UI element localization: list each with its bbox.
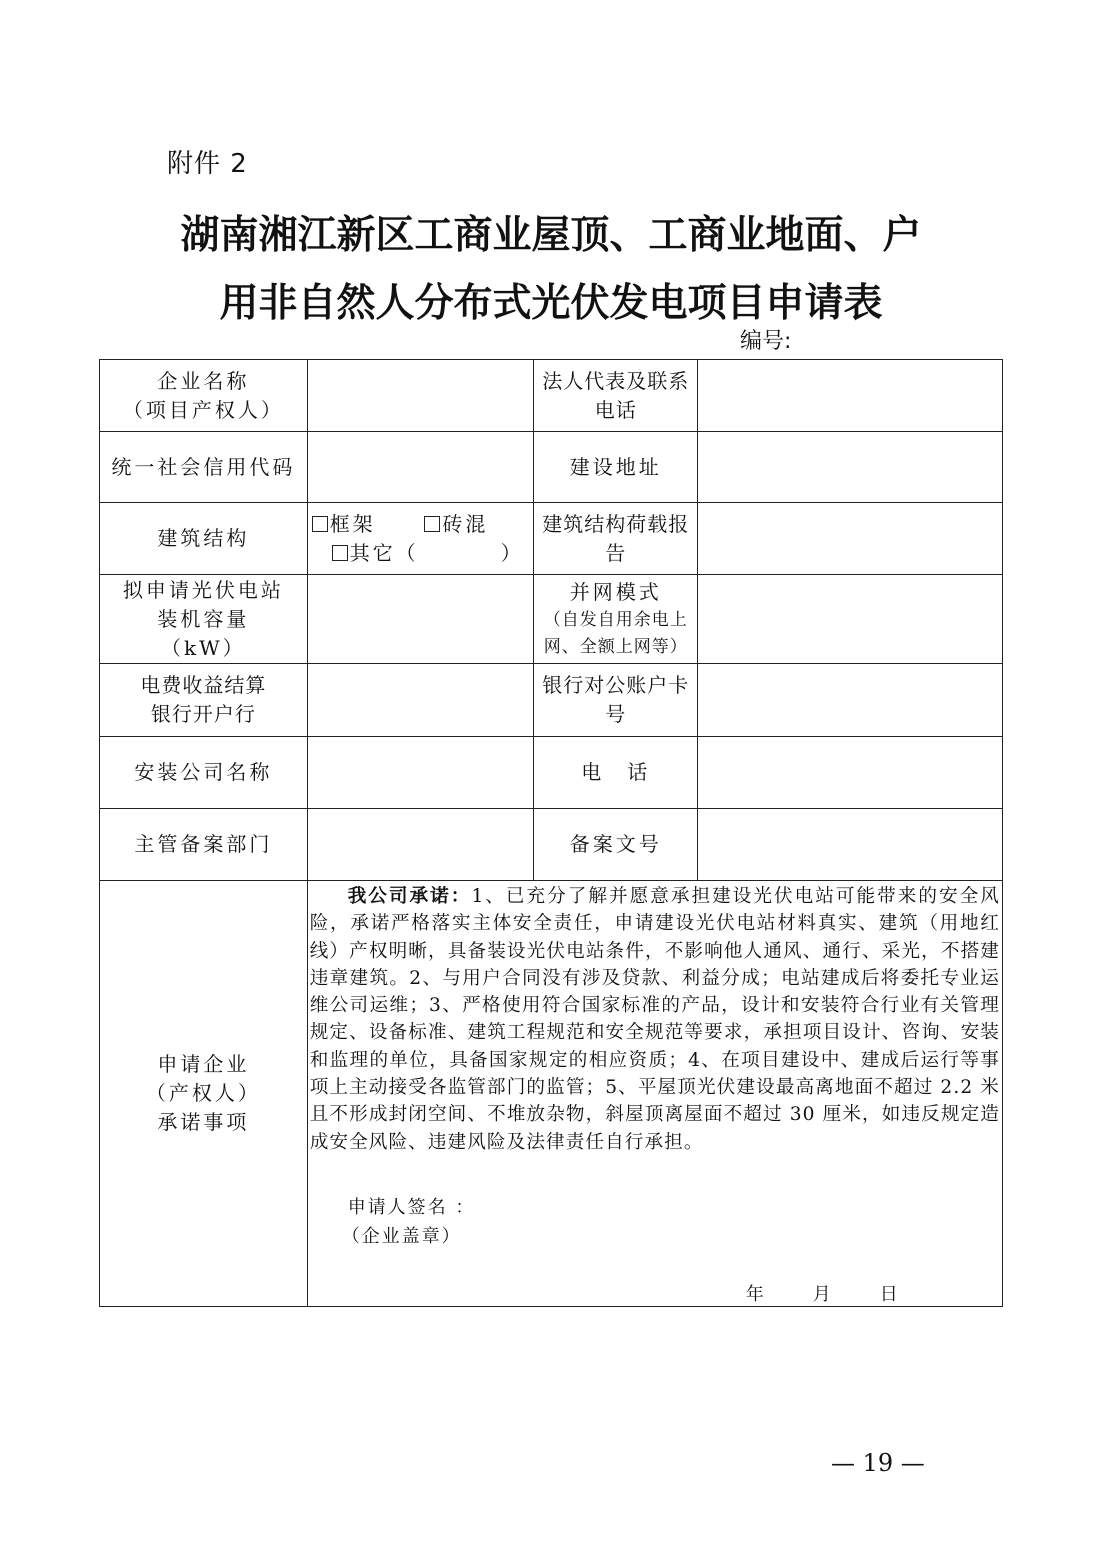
bank-account-label: 银行对公账户卡 号 [534, 664, 698, 737]
option-frame-label: 框架 [330, 512, 376, 536]
company-name-field[interactable] [307, 360, 534, 432]
date-month: 月 [813, 1280, 834, 1309]
form-row-installer: 安装公司名称 电 话 [100, 737, 1003, 809]
pledge-text: 我公司承诺：1、已充分了解并愿意承担建设光伏电站可能带来的安全风险，承诺严格落实… [308, 881, 1002, 1156]
construction-address-field[interactable] [697, 432, 1002, 503]
signature-label: 申请人签名 ： [348, 1193, 476, 1222]
credit-code-field[interactable] [307, 432, 534, 503]
legal-rep-phone-field[interactable] [697, 360, 1002, 432]
label-text: 号 [534, 700, 697, 729]
form-row-credit-code: 统一社会信用代码 建设地址 [100, 432, 1003, 503]
filing-department-field[interactable] [307, 809, 534, 881]
document-title-line-1: 湖南湘江新区工商业屋顶、工商业地面、户 [0, 204, 1102, 260]
settlement-bank-label: 电费收益结算 银行开户行 [100, 664, 308, 737]
phone-field[interactable] [697, 737, 1002, 809]
pledge-lead: 我公司承诺： [348, 886, 472, 907]
form-row-structure: 建筑结构 框架 砖混 其它（） 建筑结构荷载报 告 [100, 503, 1003, 575]
label-text: （产权人） [100, 1079, 307, 1108]
credit-code-label: 统一社会信用代码 [100, 432, 308, 503]
building-structure-label: 建筑结构 [100, 503, 308, 575]
pledge-content: 我公司承诺：1、已充分了解并愿意承担建设光伏电站可能带来的安全风险，承诺严格落实… [307, 881, 1002, 1307]
legal-rep-phone-label: 法人代表及联系 电话 [534, 360, 698, 432]
company-name-label: 企业名称 （项目产权人） [100, 360, 308, 432]
label-text: 装机容量 [100, 605, 307, 634]
page-number: — 19 — [831, 1449, 925, 1477]
label-text: 网、全额上网等） [534, 634, 697, 661]
label-text: （自发自用余电上 [534, 607, 697, 634]
label-text: 承诺事项 [100, 1108, 307, 1137]
label-text: 银行对公账户卡 [534, 671, 697, 700]
serial-number-label: 编号: [740, 324, 791, 355]
grid-mode-field[interactable] [697, 575, 1002, 664]
label-text: 申请企业 [100, 1050, 307, 1079]
date-year: 年 [746, 1280, 767, 1309]
installed-capacity-label: 拟申请光伏电站 装机容量 （kW） [100, 575, 308, 664]
pledge-label: 申请企业 （产权人） 承诺事项 [100, 881, 308, 1307]
filing-number-field[interactable] [697, 809, 1002, 881]
installer-name-field[interactable] [307, 737, 534, 809]
seal-label: （企业盖章） [342, 1222, 462, 1251]
label-text: 企业名称 [100, 367, 307, 396]
form-row-filing: 主管备案部门 备案文号 [100, 809, 1003, 881]
option-brick-concrete-label: 砖混 [442, 512, 488, 536]
form-row-pledge: 申请企业 （产权人） 承诺事项 我公司承诺：1、已充分了解并愿意承担建设光伏电站… [100, 881, 1003, 1307]
grid-mode-label: 并网模式 （自发自用余电上 网、全额上网等） [534, 575, 698, 664]
checkbox-other[interactable] [332, 545, 348, 561]
installer-name-label: 安装公司名称 [100, 737, 308, 809]
filing-number-label: 备案文号 [534, 809, 698, 881]
label-text: （kW） [100, 634, 307, 663]
form-row-company: 企业名称 （项目产权人） 法人代表及联系 电话 [100, 360, 1003, 432]
pledge-body: 1、已充分了解并愿意承担建设光伏电站可能带来的安全风险，承诺严格落实主体安全责任… [310, 886, 1000, 1153]
option-other-label: 其它（ [350, 541, 419, 565]
phone-label: 电 话 [534, 737, 698, 809]
installed-capacity-field[interactable] [307, 575, 534, 664]
label-text: 建筑结构荷载报 [534, 510, 697, 539]
label-text: 告 [534, 539, 697, 568]
filing-department-label: 主管备案部门 [100, 809, 308, 881]
application-form-table: 企业名称 （项目产权人） 法人代表及联系 电话 统一社会信用代码 建设地址 建筑… [99, 359, 1003, 1307]
label-text: 并网模式 [534, 578, 697, 607]
bank-account-field[interactable] [697, 664, 1002, 737]
load-report-label: 建筑结构荷载报 告 [534, 503, 698, 575]
label-text: 电费收益结算 [100, 671, 307, 700]
label-text: 银行开户行 [100, 700, 307, 729]
option-other-close: ） [501, 541, 524, 565]
date-day: 日 [880, 1280, 901, 1309]
label-text: 电话 [534, 396, 697, 425]
document-title-line-2: 用非自然人分布式光伏发电项目申请表 [0, 272, 1102, 328]
form-row-capacity: 拟申请光伏电站 装机容量 （kW） 并网模式 （自发自用余电上 网、全额上网等） [100, 575, 1003, 664]
settlement-bank-field[interactable] [307, 664, 534, 737]
building-structure-options: 框架 砖混 其它（） [307, 503, 534, 575]
checkbox-frame[interactable] [312, 516, 328, 532]
label-text: 法人代表及联系 [534, 367, 697, 396]
load-report-field[interactable] [697, 503, 1002, 575]
label-text: （项目产权人） [100, 396, 307, 425]
form-row-bank: 电费收益结算 银行开户行 银行对公账户卡 号 [100, 664, 1003, 737]
construction-address-label: 建设地址 [534, 432, 698, 503]
date-line: 年月日 [746, 1280, 947, 1309]
checkbox-brick-concrete[interactable] [424, 516, 440, 532]
label-text: 拟申请光伏电站 [100, 576, 307, 605]
attachment-label: 附件 2 [167, 143, 248, 180]
